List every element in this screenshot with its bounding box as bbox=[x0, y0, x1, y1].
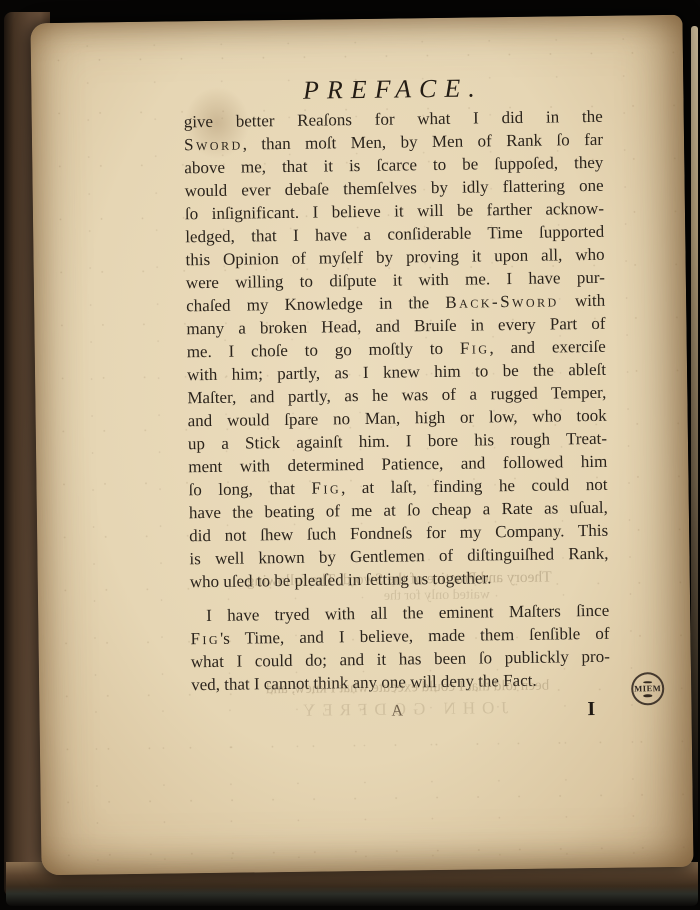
paragraph: give better Reaſons for what I did in th… bbox=[184, 105, 609, 593]
paragraph: I have tryed with all the eminent Maſter… bbox=[190, 599, 610, 696]
stamp-ornament-icon bbox=[643, 694, 652, 697]
page-number: I bbox=[587, 698, 595, 721]
stamp-text: MIEM bbox=[634, 684, 661, 693]
text-line: ved, that I cannot think any one will de… bbox=[191, 668, 610, 696]
text-line: who uſed to be pleaſed in ſetting us tog… bbox=[190, 565, 609, 593]
text-block: give better Reaſons for what I did in th… bbox=[184, 105, 611, 696]
signature-mark: A bbox=[391, 702, 403, 720]
screenshot-root: { "page": { "title": "PREFACE.", "paragr… bbox=[0, 0, 700, 910]
adjacent-page-edge bbox=[691, 26, 698, 848]
book-page: PREFACE. give better Reaſons for what I … bbox=[30, 15, 693, 875]
library-stamp: MIEM bbox=[631, 672, 664, 705]
page-title: PREFACE. bbox=[183, 72, 602, 107]
